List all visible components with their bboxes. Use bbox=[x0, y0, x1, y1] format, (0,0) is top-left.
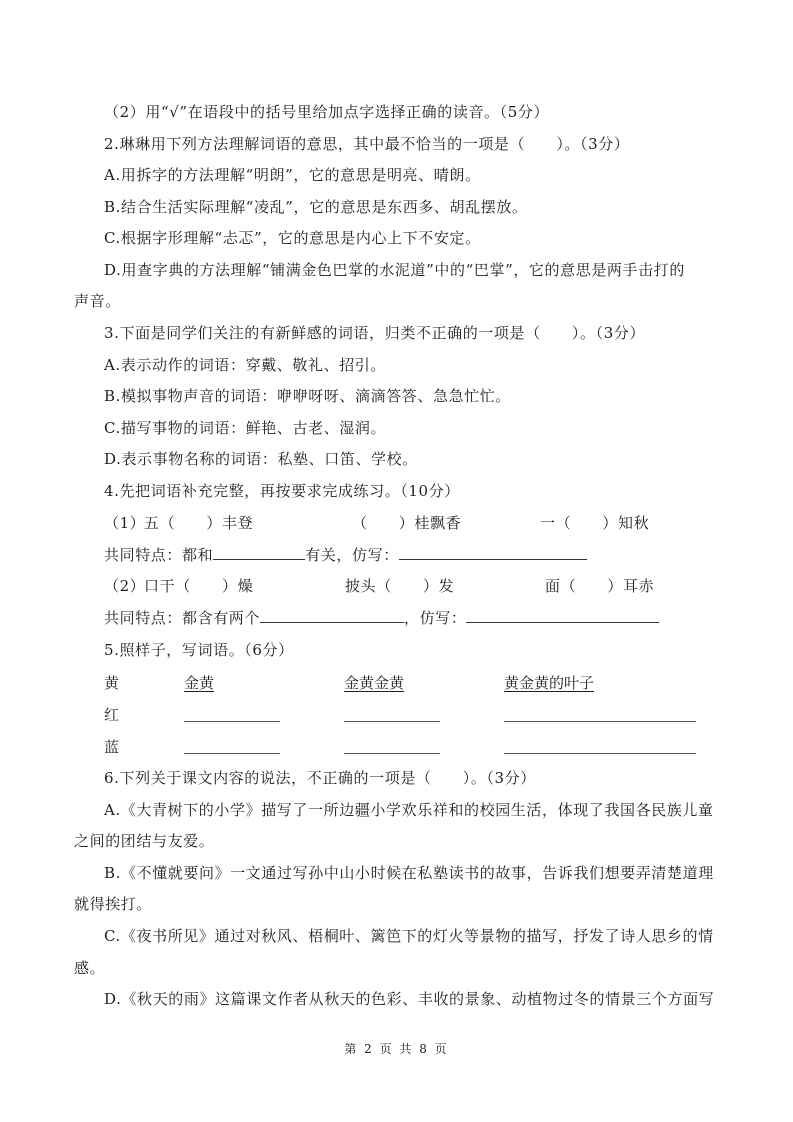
q5-row3-blank-3[interactable] bbox=[504, 753, 696, 754]
q4-p1-common: 共同特点：都和有关，仿写： bbox=[104, 545, 587, 565]
q5-row2-blank-1[interactable] bbox=[184, 721, 280, 722]
q4-p2-label: （2） bbox=[104, 576, 145, 596]
q2-option-d-cont: 声音。 bbox=[74, 291, 121, 311]
q4-p1-common-mid: 有关，仿写： bbox=[305, 546, 399, 564]
q4-p2-blank-2[interactable] bbox=[466, 608, 659, 623]
q5-row1-col1: 金黄 bbox=[184, 673, 214, 693]
q2-option-b: B.结合生活实际理解“凌乱”，它的意思是东西多、胡乱摆放。 bbox=[104, 197, 528, 217]
q5-row2-blank-2[interactable] bbox=[344, 721, 440, 722]
q3-option-d: D.表示事物名称的词语：私塾、口笛、学校。 bbox=[104, 449, 418, 469]
q5-row1-col2: 金黄金黄 bbox=[344, 673, 404, 693]
q6-option-a: A.《大青树下的小学》描写了一所边疆小学欢乐祥和的校园生活，体现了我国各民族儿童 bbox=[104, 800, 714, 820]
q4-p2-common-mid: ，仿写： bbox=[404, 609, 466, 627]
q2-stem: 2.琳琳用下列方法理解词语的意思，其中最不恰当的一项是（ ）。（3分） bbox=[104, 134, 629, 154]
q4-p1-blank-1[interactable] bbox=[213, 545, 305, 560]
q1-sub2: （2）用“√”在语段中的括号里给加点字选择正确的读音。（5分） bbox=[104, 102, 549, 122]
q4-p2-word-3: 面（ ）耳赤 bbox=[545, 576, 654, 596]
q6-option-c: C.《夜书所见》通过对秋风、梧桐叶、篱笆下的灯火等景物的描写，抒发了诗人思乡的情 bbox=[104, 926, 714, 946]
q6-option-b: B.《不懂就要问》一文通过写孙中山小时候在私塾读书的故事，告诉我们想要弄清楚道理 bbox=[104, 863, 714, 883]
q5-row2-char: 红 bbox=[104, 705, 119, 725]
q2-option-c: C.根据字形理解“忐忑”，它的意思是内心上下不安定。 bbox=[104, 228, 481, 248]
q5-row3-char: 蓝 bbox=[104, 737, 119, 757]
q6-option-b-cont: 就得挨打。 bbox=[74, 894, 152, 914]
q3-option-b: B.模拟事物声音的词语：咿咿呀呀、滴滴答答、急急忙忙。 bbox=[104, 386, 511, 406]
q5-row1-col3: 黄金黄的叶子 bbox=[504, 673, 594, 693]
q3-stem: 3.下面是同学们关注的有新鲜感的词语，归类不正确的一项是（ ）。（3分） bbox=[104, 323, 645, 343]
q4-stem: 4.先把词语补充完整，再按要求完成练习。（10分） bbox=[104, 481, 460, 501]
q3-option-c: C.描写事物的词语：鲜艳、古老、湿润。 bbox=[104, 418, 386, 438]
q5-row2-blank-3[interactable] bbox=[504, 721, 696, 722]
q5-stem: 5.照样子，写词语。（6分） bbox=[104, 640, 294, 660]
q6-stem: 6.下列关于课文内容的说法，不正确的一项是（ ）。（3分） bbox=[104, 768, 536, 788]
q4-p2-word-1: 口干（ ）燥 bbox=[144, 576, 253, 596]
q6-option-a-cont: 之间的团结与友爱。 bbox=[74, 831, 214, 851]
q6-option-c-cont: 感。 bbox=[74, 958, 105, 978]
q5-row3-blank-1[interactable] bbox=[184, 753, 280, 754]
q4-p1-word-1: 五（ ）丰登 bbox=[144, 513, 253, 533]
q5-row3-blank-2[interactable] bbox=[344, 753, 440, 754]
page-number-footer: 第 2 页 共 8 页 bbox=[0, 1040, 793, 1057]
q4-p2-word-2: 披头（ ）发 bbox=[345, 576, 454, 596]
q3-option-a: A.表示动作的词语：穿戴、敬礼、招引。 bbox=[104, 355, 386, 375]
q4-p1-blank-2[interactable] bbox=[399, 545, 587, 560]
q2-option-a: A.用拆字的方法理解“明朗”，它的意思是明亮、晴朗。 bbox=[104, 165, 481, 185]
q4-p2-blank-1[interactable] bbox=[260, 608, 404, 623]
q4-p2-common-prefix: 共同特点：都含有两个 bbox=[104, 609, 260, 627]
q2-option-d: D.用查字典的方法理解“铺满金色巴掌的水泥道”中的“巴掌”，它的意思是两手击打的 bbox=[104, 260, 685, 280]
q4-p1-word-3: 一（ ）知秋 bbox=[540, 513, 649, 533]
q4-p1-common-prefix: 共同特点：都和 bbox=[104, 546, 213, 564]
q5-row1-char: 黄 bbox=[104, 673, 119, 693]
q6-option-d: D.《秋天的雨》这篇课文作者从秋天的色彩、丰收的景象、动植物过冬的情景三个方面写 bbox=[104, 989, 714, 1009]
q4-p1-label: （1） bbox=[104, 513, 145, 533]
q4-p2-common: 共同特点：都含有两个，仿写： bbox=[104, 608, 659, 628]
q4-p1-word-2: （ ）桂飘香 bbox=[352, 513, 461, 533]
